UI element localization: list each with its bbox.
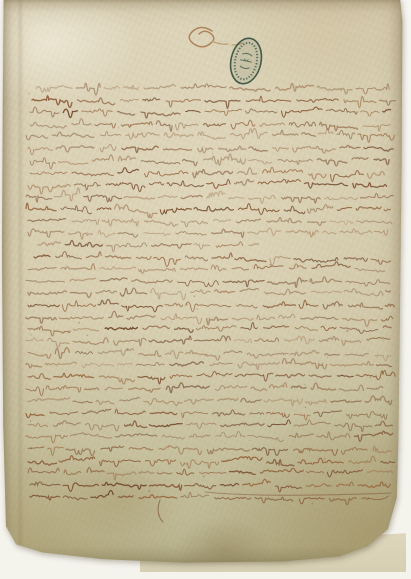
handwriting-line: [105, 328, 137, 330]
handwriting-line: [374, 355, 391, 361]
handwriting-line: [255, 497, 293, 503]
handwriting-line: [176, 231, 206, 235]
handwriting-line: [289, 433, 313, 437]
handwriting-line: [340, 145, 360, 148]
ink-speck: [346, 330, 348, 332]
handwriting-line: [159, 446, 202, 455]
handwriting-line: [26, 414, 44, 418]
handwriting-line: [249, 160, 272, 164]
handwriting-line: [368, 470, 393, 472]
handwriting-line: [211, 265, 226, 271]
handwriting-line: [270, 256, 291, 265]
ink-speck: [171, 321, 172, 322]
archive-stamp: [227, 35, 266, 86]
handwriting-line: [336, 482, 353, 487]
handwriting-line: [237, 168, 256, 175]
handwriting-line: [241, 322, 258, 329]
handwriting-line: [215, 290, 235, 293]
handwriting-line: [63, 483, 98, 491]
handwriting-line: [141, 112, 180, 118]
handwriting-line: [219, 146, 246, 151]
handwriting-line: [118, 111, 135, 115]
handwriting-line: [355, 268, 385, 272]
handwriting-line: [59, 456, 94, 462]
handwriting-line: [232, 318, 253, 320]
handwriting-line: [177, 280, 218, 286]
handwriting-line: [310, 277, 342, 284]
handwriting-line: [132, 280, 173, 284]
handwriting-line: [28, 461, 57, 465]
handwriting-line: [62, 301, 95, 312]
ink-speck: [28, 93, 30, 95]
handwriting-line: [299, 300, 318, 308]
handwriting-line: [205, 100, 240, 108]
handwriting-line: [358, 133, 394, 142]
handwriting-line: [326, 108, 357, 114]
handwriting-line: [120, 288, 147, 296]
handwriting-line: [210, 363, 233, 366]
handwriting-line: [139, 495, 177, 499]
handwriting-line: [95, 123, 116, 128]
handwriting-line: [73, 338, 108, 345]
ink-speck: [70, 142, 72, 144]
handwriting-line: [282, 197, 321, 203]
handwriting-line: [371, 259, 391, 264]
ink-speck: [331, 157, 332, 158]
ink-speck: [205, 354, 206, 355]
handwriting-line: [198, 132, 226, 139]
register-flourish-mark: [189, 28, 214, 47]
handwriting-line: [248, 228, 281, 235]
handwriting-line: [238, 362, 279, 370]
handwriting-line: [265, 289, 305, 295]
handwriting-line: [186, 350, 220, 360]
handwriting-line: [72, 119, 91, 125]
handwriting-line: [293, 146, 336, 153]
handwriting-line: [251, 387, 267, 391]
handwriting-line: [175, 328, 194, 333]
handwriting-line: [185, 484, 216, 489]
handwriting-line: [230, 87, 271, 91]
handwriting-line: [28, 147, 52, 155]
handwriting-line: [48, 447, 64, 455]
handwriting-line: [98, 230, 115, 237]
handwriting-line: [120, 397, 140, 401]
handwriting-line: [212, 229, 244, 237]
handwriting-line: [340, 327, 377, 333]
handwriting-line: [139, 268, 176, 273]
handwriting-line: [28, 304, 59, 306]
handwriting-line: [26, 364, 42, 368]
handwriting-line: [120, 100, 138, 102]
ink-speck: [30, 448, 32, 450]
handwriting-line: [353, 183, 387, 188]
handwriting-line: [287, 230, 319, 237]
handwriting-line: [331, 361, 374, 366]
handwriting-line: [165, 303, 183, 306]
handwriting-line: [381, 461, 395, 463]
handwriting-line: [86, 252, 101, 258]
handwriting-line: [45, 362, 77, 365]
handwriting-line: [342, 319, 377, 327]
handwriting-line: [176, 123, 198, 130]
handwriting-line: [196, 326, 236, 332]
ink-speck: [86, 335, 87, 336]
handwriting-line: [38, 242, 60, 246]
handwriting-line: [186, 423, 216, 429]
handwriting-line: [267, 218, 301, 223]
handwriting-line: [246, 109, 277, 114]
ink-speck: [118, 127, 119, 128]
handwriting-line: [383, 110, 391, 112]
handwriting-line: [272, 148, 288, 152]
ink-speck: [311, 503, 313, 505]
handwriting-line: [308, 205, 333, 214]
handwriting-line: [301, 317, 338, 320]
handwriting-line: [361, 111, 379, 116]
handwriting-line: [249, 147, 268, 151]
handwriting-line: [215, 497, 251, 499]
handwriting-line: [312, 262, 350, 269]
handwriting-line: [122, 122, 153, 127]
handwriting-line: [26, 195, 52, 202]
ink-speck: [203, 475, 205, 477]
handwriting-line: [30, 107, 59, 117]
handwriting-line: [143, 326, 170, 329]
handwriting-line: [204, 154, 246, 165]
handwriting-line: [193, 170, 233, 178]
ink-speck: [95, 220, 96, 221]
handwriting-line: [191, 290, 210, 294]
handwriting-line: [182, 412, 208, 418]
handwriting-line: [98, 299, 118, 304]
handwriting-line: [117, 363, 132, 365]
handwriting-line: [340, 229, 372, 234]
handwriting-line: [194, 336, 230, 341]
handwriting-line: [213, 410, 245, 416]
handwriting-line: [294, 414, 310, 420]
handwriting-line: [127, 315, 155, 319]
handwriting-line: [170, 375, 192, 379]
handwriting-line: [73, 328, 99, 331]
handwriting-line: [258, 179, 301, 184]
ink-speck: [49, 411, 52, 414]
handwriting-line: [207, 180, 230, 189]
handwriting-line: [314, 411, 342, 417]
handwriting-line: [181, 84, 226, 89]
handwriting-line: [101, 446, 124, 451]
handwriting-line: [360, 193, 393, 198]
handwriting-line: [50, 412, 78, 415]
handwriting-line: [82, 109, 113, 116]
handwriting-line: [105, 387, 123, 390]
ink-speck: [269, 264, 271, 266]
handwriting-line: [61, 206, 92, 214]
ink-speck: [97, 151, 98, 152]
handwriting-line: [87, 467, 104, 472]
handwriting-line: [149, 336, 191, 344]
ink-speck: [192, 332, 193, 333]
handwriting-line: [321, 326, 336, 330]
handwriting-line: [220, 483, 238, 485]
handwriting-line: [165, 350, 183, 358]
handwriting-line: [228, 197, 244, 199]
handwriting-line: [375, 421, 392, 426]
handwriting-line: [330, 221, 354, 225]
handwriting-line: [85, 424, 119, 431]
handwriting-line: [63, 109, 77, 117]
handwriting-line: [264, 399, 303, 406]
handwriting-line: [248, 435, 284, 441]
handwriting-line: [59, 317, 103, 320]
handwriting-line: [323, 231, 336, 234]
handwriting-line: [364, 147, 393, 151]
handwriting-line: [268, 420, 291, 427]
handwriting-line: [164, 133, 193, 138]
handwriting-line: [222, 457, 262, 462]
handwriting-line: [97, 208, 111, 210]
handwriting-line: [185, 256, 207, 261]
handwriting-line: [66, 449, 95, 456]
handwriting-line: [143, 98, 160, 101]
handwriting-line: [28, 398, 70, 402]
handwriting-line: [344, 258, 367, 262]
handwriting-line: [30, 158, 55, 169]
handwriting-line: [145, 220, 178, 226]
handwriting-line: [236, 304, 257, 308]
handwriting-line: [166, 99, 200, 107]
handwriting-line: [238, 204, 279, 215]
handwriting-line: [367, 337, 390, 340]
handwriting-line: [30, 172, 67, 175]
handwriting-line: [317, 432, 350, 440]
handwriting-line: [284, 336, 314, 344]
handwriting-line: [363, 125, 390, 132]
handwriting-line: [26, 435, 68, 443]
ink-speck: [78, 322, 80, 324]
handwriting-line: [139, 351, 161, 357]
handwriting-line: [207, 317, 228, 325]
handwriting-line: [329, 498, 356, 505]
handwriting-line: [30, 482, 60, 486]
handwriting-line: [115, 409, 145, 414]
handwriting-line: [249, 244, 259, 246]
handwriting-line: [64, 470, 81, 475]
handwriting-line: [247, 353, 288, 358]
handwriting-line: [115, 434, 157, 437]
handwriting-line: [61, 264, 95, 270]
handwriting-line: [212, 253, 232, 258]
handwriting-line: [278, 159, 313, 164]
ink-speck: [85, 190, 86, 191]
handwriting-line: [356, 207, 381, 210]
ink-speck: [99, 244, 101, 246]
handwriting-line: [337, 208, 351, 211]
handwriting-line: [205, 109, 242, 115]
handwriting-line: [177, 469, 194, 475]
ink-speck: [148, 490, 150, 492]
handwriting-line: [221, 423, 265, 426]
handwriting-line: [162, 435, 184, 439]
handwriting-line: [28, 352, 51, 358]
handwriting-line: [26, 280, 64, 282]
handwriting-line: [185, 399, 214, 404]
handwriting-line: [118, 168, 139, 173]
ink-speck: [87, 232, 88, 233]
handwriting-line: [104, 86, 119, 89]
handwriting-line: [352, 158, 368, 160]
ink-speck: [137, 86, 139, 88]
handwriting-line: [302, 133, 316, 137]
handwriting-line: [152, 244, 192, 248]
handwriting-line: [257, 315, 275, 319]
handwriting-line: [102, 482, 146, 489]
handwriting-line: [276, 486, 302, 492]
handwriting-line: [308, 222, 326, 226]
handwriting-line: [381, 316, 392, 321]
handwriting-line: [289, 264, 306, 269]
handwriting-line: [145, 460, 175, 466]
handwriting-line: [295, 326, 318, 330]
handwriting-line: [373, 446, 391, 452]
handwriting-line: [124, 86, 138, 90]
handwriting-line: [56, 252, 82, 259]
ink-speck: [381, 244, 383, 246]
handwriting-line: [235, 179, 254, 185]
handwriting-line: [270, 382, 287, 387]
handwriting-line: [240, 289, 259, 292]
handwriting-line: [181, 221, 207, 227]
handwriting-line: [73, 401, 93, 403]
handwriting-line: [160, 208, 191, 214]
handwriting-line: [157, 473, 172, 474]
handwriting-line: [252, 448, 287, 456]
handwriting-line: [263, 302, 295, 308]
handwriting-line: [107, 472, 136, 480]
handwriting-line: [255, 338, 279, 342]
handwriting-line: [330, 170, 363, 181]
ink-flourish: [158, 500, 163, 522]
handwriting-line: [294, 258, 338, 263]
handwriting-line: [65, 241, 102, 247]
handwriting-line: [156, 121, 172, 132]
ink-speck: [178, 186, 180, 188]
handwriting-line: [158, 196, 177, 198]
handwriting-line: [231, 120, 255, 129]
handwriting-line: [234, 339, 251, 343]
handwriting-line: [55, 348, 69, 359]
handwriting-line: [358, 482, 390, 488]
handwriting-line: [235, 258, 266, 262]
handwriting-line: [70, 293, 91, 298]
handwriting-line: [106, 243, 146, 252]
handwriting-line: [365, 396, 392, 405]
handwriting-line: [26, 387, 44, 396]
handwriting-line: [230, 128, 267, 138]
handwriting-line: [180, 268, 207, 270]
handwriting-line: [28, 229, 64, 237]
ink-speck: [327, 357, 328, 358]
photo-background: [0, 0, 411, 579]
handwriting-line: [263, 167, 303, 173]
handwriting-line: [385, 304, 394, 307]
handwriting-line: [374, 230, 388, 235]
handwriting-line: [32, 96, 72, 108]
handwriting-line: [163, 149, 191, 151]
handwriting-line: [141, 161, 180, 164]
handwriting-line: [376, 365, 391, 367]
handwriting-line: [129, 388, 161, 392]
ink-speck: [383, 340, 384, 341]
handwriting-line: [337, 130, 355, 138]
handwriting-line: [138, 377, 165, 384]
ink-speck: [363, 149, 364, 150]
handwriting-line: [144, 233, 171, 236]
handwriting-line: [115, 204, 157, 218]
handwriting-line: [106, 183, 145, 192]
handwriting-line: [161, 314, 202, 324]
handwriting-line: [99, 376, 134, 384]
handwriting-line: [56, 146, 94, 152]
handwriting-line: [181, 460, 219, 469]
handwriting-line: [54, 421, 81, 427]
handwriting-line: [320, 337, 339, 342]
handwriting-line: [34, 255, 50, 258]
handwriting-line: [96, 290, 117, 293]
handwriting-line: [28, 374, 50, 380]
handwriting-line: [325, 354, 339, 356]
handwriting-line: [273, 130, 298, 135]
handwriting-line: [100, 131, 120, 135]
handwriting-line: [379, 100, 395, 105]
handwriting-line: [232, 267, 249, 270]
ink-speck: [194, 295, 196, 297]
handwriting-line: [139, 472, 154, 474]
handwriting-line: [149, 424, 182, 427]
handwriting-line: [28, 219, 66, 222]
handwriting-line: [136, 257, 151, 260]
handwriting-line: [235, 373, 273, 381]
handwriting-line: [318, 129, 333, 135]
handwriting-line: [348, 303, 382, 309]
handwriting-line: [76, 83, 100, 95]
handwriting-line: [151, 288, 186, 300]
handwriting-line: [317, 159, 347, 166]
handwriting-line: [307, 471, 324, 473]
handwriting-line: [52, 132, 94, 137]
handwriting-line: [82, 363, 114, 368]
handwriting-line: [194, 244, 210, 250]
handwriting-line: [260, 123, 285, 127]
handwriting-line: [335, 423, 372, 431]
handwriting-line: [136, 363, 164, 366]
handwriting-line: [384, 209, 390, 211]
handwriting-line: [166, 383, 209, 393]
handwriting-line: [82, 409, 111, 414]
ink-speck: [126, 348, 128, 350]
handwriting-line: [346, 280, 390, 286]
handwriting-line: [282, 107, 323, 117]
handwriting-line: [341, 447, 367, 454]
handwriting-line: [214, 219, 231, 221]
handwriting-line: [367, 387, 383, 390]
handwriting-line: [106, 256, 131, 259]
ink-speck: [34, 311, 35, 312]
handwriting-line: [230, 471, 256, 474]
handwriting-line: [76, 351, 93, 354]
handwriting-line: [84, 388, 99, 390]
handwriting-line: [311, 291, 342, 293]
